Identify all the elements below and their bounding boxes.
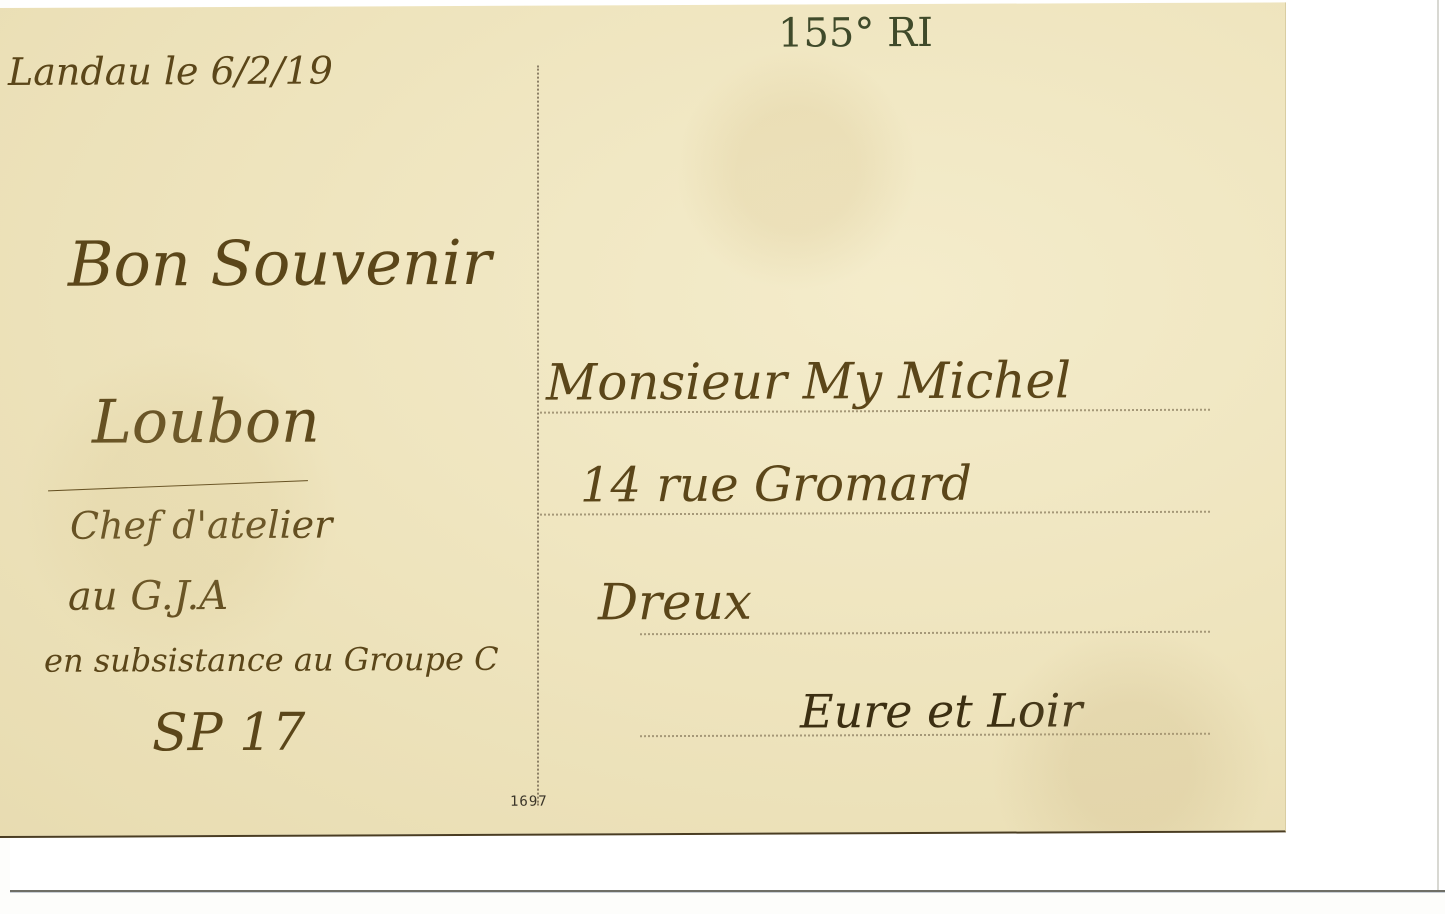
backing-sheet-edge: [1437, 0, 1439, 890]
city: Dreux: [598, 573, 752, 632]
subsistence-line: en subsistance au Groupe C: [44, 640, 499, 680]
signature-underline: [48, 480, 308, 491]
postal-sector: SP 17: [152, 703, 305, 764]
unit-line: au G.J.A: [68, 573, 228, 620]
recipient-name: Monsieur My Michel: [546, 351, 1071, 411]
address-line-3: [640, 631, 1210, 635]
greeting: Bon Souvenir: [68, 226, 491, 301]
department: Eure et Loir: [800, 683, 1082, 738]
place-date: Landau le 6/2/19: [8, 49, 333, 94]
vertical-divider: [537, 66, 539, 806]
regiment-annotation: 155° RI: [778, 10, 933, 57]
street-address: 14 rue Gromard: [580, 456, 972, 514]
card-number: 1697: [510, 794, 548, 810]
postcard: Landau le 6/2/19 155° RI Bon Souvenir Lo…: [0, 2, 1286, 838]
title-line: Chef d'atelier: [70, 503, 332, 548]
signature: Loubon: [92, 387, 320, 458]
